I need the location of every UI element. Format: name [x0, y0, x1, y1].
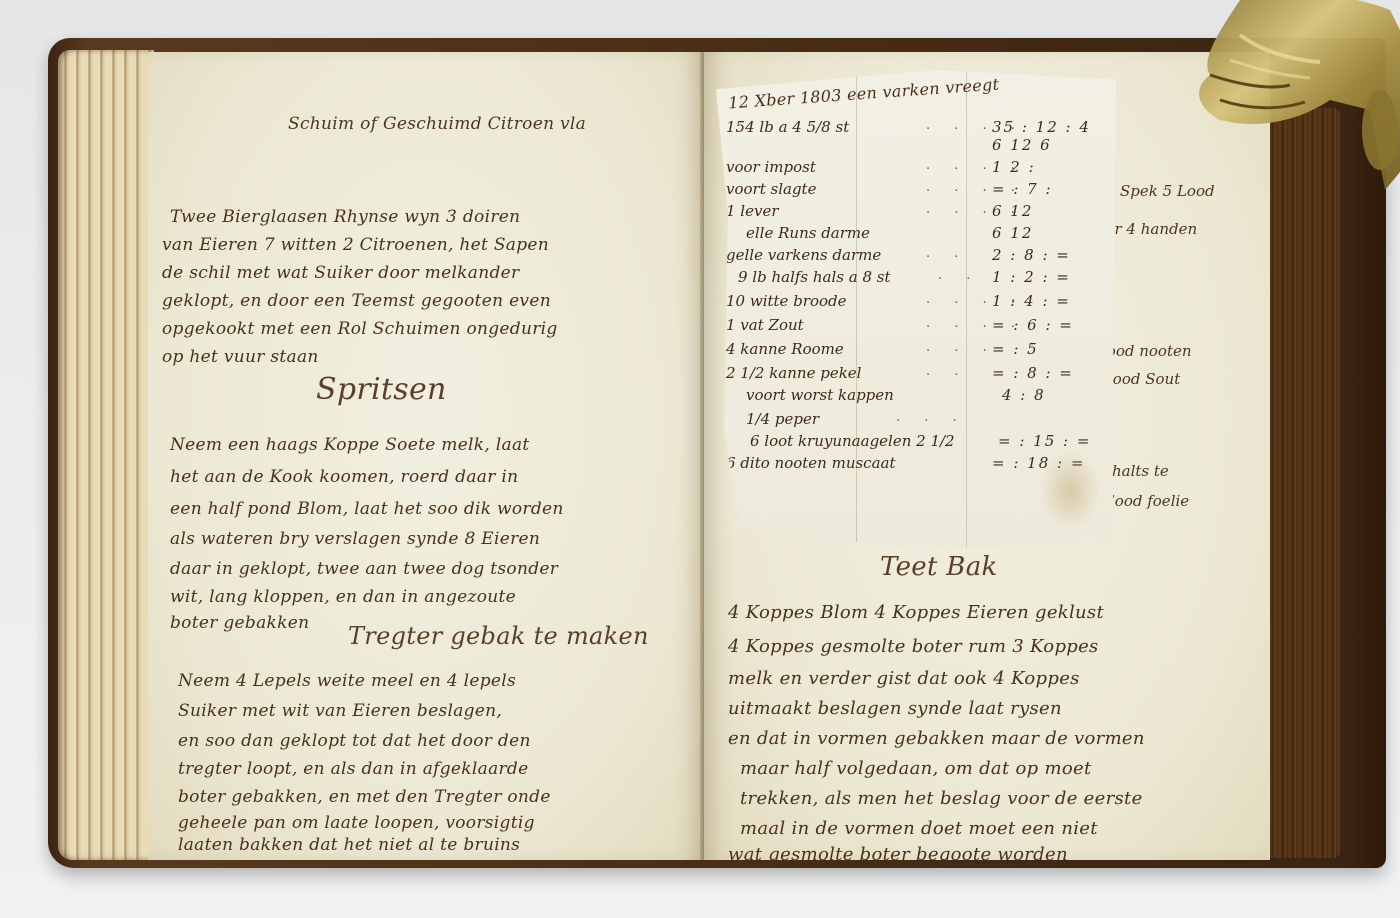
receipt-amount: 1 : 2 : = — [992, 268, 1071, 286]
text-line: het aan de Kook koomen, roerd daar in — [170, 462, 518, 492]
text-line: op het vuur staan — [162, 342, 319, 372]
receipt-item: 10 witte broode — [726, 292, 847, 310]
receipt-item: 6 loot kruyunaagelen 2 1/2 — [750, 432, 955, 450]
receipt-item: 1/4 peper — [746, 410, 819, 428]
margin-note: lood nooten — [1102, 342, 1192, 360]
receipt-item: elle Runs darme — [746, 224, 870, 242]
receipt-row: 1 vat Zout . . . . = : 6 : = — [726, 316, 1106, 338]
receipt-row: 1/4 peper . . . — [746, 410, 1126, 432]
receipt-item: 2 1/2 kanne pekel — [726, 364, 861, 382]
margin-note: lood foelie — [1110, 492, 1189, 510]
receipt-amount: 6 12 — [992, 224, 1033, 242]
receipt-item: 6 dito nooten muscaat — [726, 454, 896, 472]
receipt-row: voort slagte . . . . = : 7 : — [726, 180, 1106, 202]
receipt-row: gelle varkens darme . . 2 : 8 : = — [726, 246, 1106, 268]
text-line: tregter loopt, en als dan in afgeklaarde — [178, 754, 528, 784]
receipt-amount: 35 : 12 : 4 — [992, 118, 1091, 136]
receipt-amount: = : 8 : = — [992, 364, 1074, 382]
text-line: van Eieren 7 witten 2 Citroenen, het Sap… — [162, 230, 549, 260]
page-stack-edge — [58, 50, 154, 860]
receipt-item: 154 lb a 4 5/8 st — [726, 118, 849, 136]
text-line: wat gesmolte boter begoote worden — [728, 840, 1068, 870]
text-line: een half pond Blom, laat het soo dik wor… — [170, 494, 564, 524]
receipt-row: 1 lever . . . . 6 12 — [726, 202, 1106, 224]
text-line: Suiker met wit van Eieren beslagen, — [178, 696, 502, 726]
receipt-row: 4 kanne Roome . . . = : 5 — [726, 340, 1106, 362]
text-line: en dat in vormen gebakken maar de vormen — [728, 724, 1145, 754]
text-line: Neem 4 Lepels weite meel en 4 lepels — [178, 666, 516, 696]
leader-dots: . . — [926, 364, 968, 379]
text-line: uitmaakt beslagen synde laat rysen — [728, 694, 1062, 724]
receipt-item: 4 kanne Roome — [726, 340, 844, 358]
recipe-heading-right: Teet Bak — [880, 552, 998, 582]
text-line: trekken, als men het beslag voor de eers… — [740, 784, 1143, 814]
receipt-amount: 2 : 8 : = — [992, 246, 1071, 264]
text-line: en soo dan geklopt tot dat het door den — [178, 726, 531, 756]
receipt-amount: = : 5 — [992, 340, 1039, 358]
text-line: melk en verder gist dat ook 4 Koppes — [728, 664, 1080, 694]
receipt-row: voor impost . . . . 1 2 : — [726, 158, 1106, 180]
receipt-amount: = : 15 : = — [998, 432, 1091, 450]
receipt-item: 1 vat Zout — [726, 316, 804, 334]
text-line: Twee Bierglaasen Rhynse wyn 3 doiren — [170, 202, 520, 232]
receipt-amount: 6 12 — [992, 202, 1033, 220]
margin-note: lood Sout — [1108, 370, 1180, 388]
recipe-heading-tregter: Tregter gebak te maken — [348, 622, 649, 650]
receipt-row: voort worst kappen 4 : 8 — [746, 386, 1126, 408]
text-line: geklopt, en door een Teemst gegooten eve… — [162, 286, 551, 316]
text-line: daar in geklopt, twee aan twee dog tsond… — [170, 554, 558, 584]
text-line: opgekookt met een Rol Schuimen ongedurig — [162, 314, 558, 344]
receipt-item: gelle varkens darme — [726, 246, 881, 264]
receipt-item: 9 lb halfs hals a 8 st — [738, 268, 891, 286]
receipt-row: 10 witte broode . . . . 1 : 4 : = — [726, 292, 1106, 314]
leader-dots: . . — [938, 268, 980, 283]
page-edge-right — [1266, 108, 1340, 858]
receipt-amount: 1 2 : — [992, 158, 1036, 176]
receipt-row: elle Runs darme 6 12 — [746, 224, 1126, 246]
receipt-row: 9 lb halfs hals a 8 st . . 1 : 2 : = — [738, 268, 1118, 290]
brass-hand-clip-icon — [1180, 0, 1400, 200]
receipt-item: voor impost — [726, 158, 816, 176]
receipt-row: 2 1/2 kanne pekel . . = : 8 : = — [726, 364, 1106, 386]
receipt-item: 1 lever — [726, 202, 779, 220]
leader-dots: . . — [926, 246, 968, 261]
receipt-amount: = : 7 : — [992, 180, 1053, 198]
text-line: Neem een haags Koppe Soete melk, laat — [170, 430, 530, 460]
receipt-amount: = : 6 : = — [992, 316, 1074, 334]
text-line: boter gebakken — [170, 608, 309, 638]
text-line: als wateren bry verslagen synde 8 Eieren — [170, 524, 540, 554]
receipt-row: 6 12 6 — [726, 136, 1106, 158]
text-line: 4 Koppes Blom 4 Koppes Eieren geklust — [728, 598, 1104, 628]
text-line: de schil met wat Suiker door melkander — [162, 258, 519, 288]
text-line: laaten bakken dat het niet al te bruins — [178, 830, 520, 860]
recipe-heading-spritsen: Spritsen — [316, 372, 447, 407]
paper-stain — [1040, 450, 1100, 530]
receipt-amount: 6 12 6 — [992, 136, 1052, 154]
recipe-title-1: Schuim of Geschuimd Citroen vla — [288, 114, 586, 134]
left-page: Schuim of Geschuimd Citroen vla Twee Bie… — [148, 52, 704, 860]
text-line: 4 Koppes gesmolte boter rum 3 Koppes — [728, 632, 1099, 662]
receipt-amount: 4 : 8 — [1002, 386, 1046, 404]
receipt-item: voort worst kappen — [746, 386, 894, 404]
text-line: maar half volgedaan, om dat op moet — [740, 754, 1092, 784]
margin-note: halts te — [1112, 462, 1169, 480]
receipt-amount: 1 : 4 : = — [992, 292, 1071, 310]
leader-dots: . . . — [926, 340, 997, 355]
receipt-item: voort slagte — [726, 180, 816, 198]
leader-dots: . . . — [896, 410, 967, 425]
